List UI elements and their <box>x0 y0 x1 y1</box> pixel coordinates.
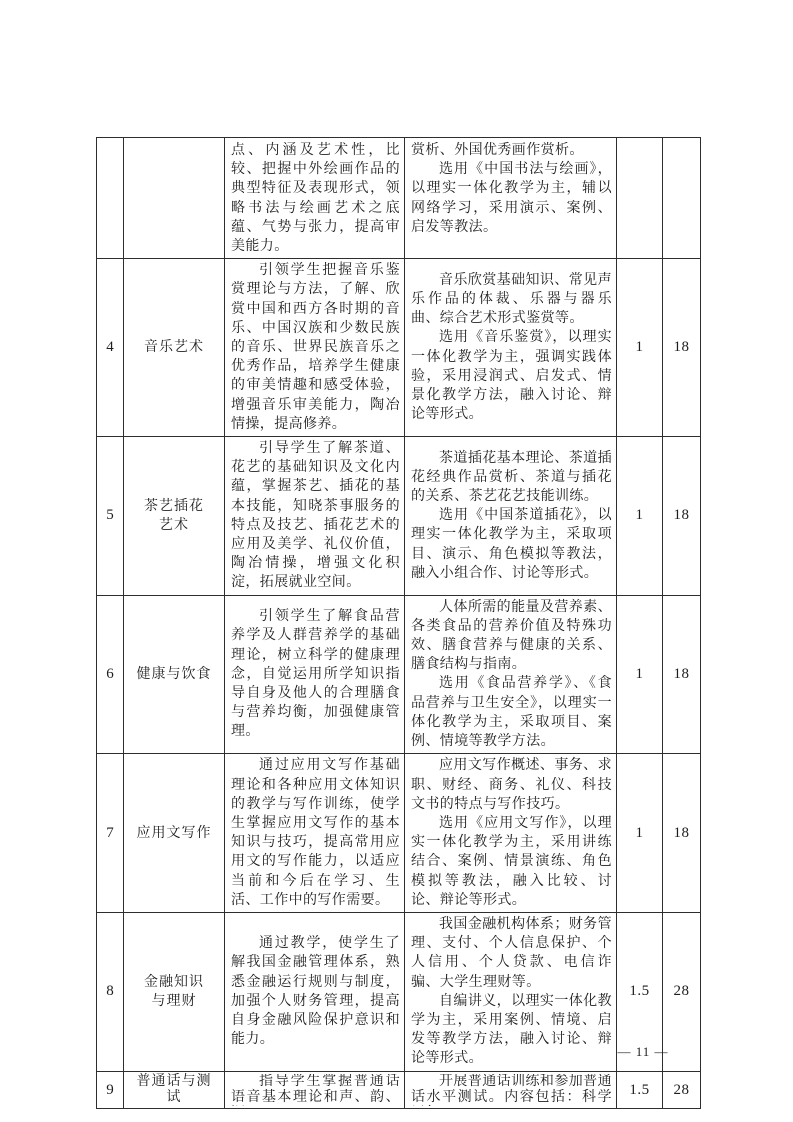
content-paragraph: 选用《中国茶道插花》，以理实一体化教学为主，采取项目、演示、角色模拟等教法，融入… <box>411 506 612 583</box>
course-objective: 指导学生掌握普通话语音基本理论和声、韵、调、 <box>225 1071 405 1108</box>
course-name <box>124 138 225 259</box>
course-number: 6 <box>97 595 124 754</box>
objective-text: 通过应用文写作基础理论和各种应用文体知识的教学与写作训练，使学生掌握应用文写作的… <box>231 756 400 910</box>
hours-value: 28 <box>663 1071 701 1108</box>
credit-value: 1 <box>617 437 663 596</box>
content-paragraph: 自编讲义，以理实一体化教学为主，采用案例、情境、启发等教学方法，融入讨论、辩论等… <box>411 992 612 1069</box>
content-paragraph: 开展普通话训练和参加普通话水平测试。内容包括：科学用气 <box>411 1074 612 1106</box>
objective-text: 点、内涵及艺术性，比较、把握中外绘画作品的典型特征及表现形式，领略书法与绘画艺术… <box>231 141 400 256</box>
content-paragraph: 应用文写作概述、事务、求职、财经、商务、礼仪、科技文书的特点与写作技巧。 <box>411 756 612 814</box>
objective-text: 通过教学，使学生了解我国金融管理体系，熟悉金融运行规则与制度，加强个人财务管理，… <box>231 934 400 1049</box>
course-number: 4 <box>97 259 124 437</box>
hours-value: 18 <box>663 259 701 437</box>
course-content: 我国金融机构体系；财务管理、支付、个人信息保护、个人信用、个人贷款、电信诈骗、大… <box>405 912 617 1071</box>
course-objective: 通过教学，使学生了解我国金融管理体系，熟悉金融运行规则与制度，加强个人财务管理，… <box>225 912 405 1071</box>
course-name: 健康与饮食 <box>124 595 225 754</box>
course-number: 8 <box>97 912 124 1071</box>
course-name: 金融知识 与理财 <box>124 912 225 1071</box>
course-content: 音乐欣赏基础知识、常见声乐作品的体裁、乐器与器乐曲、综合艺术形式鉴赏等。 选用《… <box>405 259 617 437</box>
objective-text: 引领学生了解食品营养学及人群营养学的基础理论，树立科学的健康理念，自觉运用所学知… <box>231 607 400 741</box>
content-paragraph: 我国金融机构体系；财务管理、支付、个人信息保护、个人信用、个人贷款、电信诈骗、大… <box>411 915 612 992</box>
course-name: 应用文写作 <box>124 754 225 913</box>
credit-value: 1.5 <box>617 1071 663 1108</box>
hours-value: 18 <box>663 595 701 754</box>
content-paragraph: 音乐欣赏基础知识、常见声乐作品的体裁、乐器与器乐曲、综合艺术形式鉴赏等。 <box>411 271 612 329</box>
credit-value: 1 <box>617 595 663 754</box>
table-row: 6 健康与饮食 引领学生了解食品营养学及人群营养学的基础理论，树立科学的健康理念… <box>97 595 701 754</box>
credit-value: 1 <box>617 754 663 913</box>
page-number: — 11 — <box>595 1044 691 1060</box>
hours-value: 18 <box>663 754 701 913</box>
table-row: 9 普通话与测 试 指导学生掌握普通话语音基本理论和声、韵、调、 开展普通话训练… <box>97 1071 701 1108</box>
table-row: 7 应用文写作 通过应用文写作基础理论和各种应用文体知识的教学与写作训练，使学生… <box>97 754 701 913</box>
hours-value: 18 <box>663 437 701 596</box>
course-name: 音乐艺术 <box>124 259 225 437</box>
course-content: 应用文写作概述、事务、求职、财经、商务、礼仪、科技文书的特点与写作技巧。 选用《… <box>405 754 617 913</box>
course-name: 茶艺插花 艺术 <box>124 437 225 596</box>
course-objective: 通过应用文写作基础理论和各种应用文体知识的教学与写作训练，使学生掌握应用文写作的… <box>225 754 405 913</box>
course-content: 茶道插花基本理论、茶道插花经典作品赏析、茶道与插花的关系、茶艺花艺技能训练。 选… <box>405 437 617 596</box>
table-row-continuation: 点、内涵及艺术性，比较、把握中外绘画作品的典型特征及表现形式，领略书法与绘画艺术… <box>97 138 701 259</box>
course-content: 开展普通话训练和参加普通话水平测试。内容包括：科学用气 <box>405 1071 617 1108</box>
document-page: 点、内涵及艺术性，比较、把握中外绘画作品的典型特征及表现形式，领略书法与绘画艺术… <box>0 0 793 1122</box>
course-number: 9 <box>97 1071 124 1108</box>
course-content: 赏析、外国优秀画作赏析。 选用《中国书法与绘画》，以理实一体化教学为主，辅以网络… <box>405 138 617 259</box>
course-objective: 引领学生把握音乐鉴赏理论与方法，了解、欣赏中国和西方各时期的音乐、中国汉族和少数… <box>225 259 405 437</box>
course-objective: 点、内涵及艺术性，比较、把握中外绘画作品的典型特征及表现形式，领略书法与绘画艺术… <box>225 138 405 259</box>
table-row: 4 音乐艺术 引领学生把握音乐鉴赏理论与方法，了解、欣赏中国和西方各时期的音乐、… <box>97 259 701 437</box>
course-table: 点、内涵及艺术性，比较、把握中外绘画作品的典型特征及表现形式，领略书法与绘画艺术… <box>96 137 701 1109</box>
credit-value <box>617 138 663 259</box>
credit-value: 1 <box>617 259 663 437</box>
objective-text: 引领学生把握音乐鉴赏理论与方法，了解、欣赏中国和西方各时期的音乐、中国汉族和少数… <box>231 261 400 434</box>
content-paragraph: 赏析、外国优秀画作赏析。 <box>411 141 612 160</box>
table-row: 5 茶艺插花 艺术 引导学生了解茶道、花艺的基础知识及文化内蕴，掌握茶艺、插花的… <box>97 437 701 596</box>
course-objective: 引领学生了解食品营养学及人群营养学的基础理论，树立科学的健康理念，自觉运用所学知… <box>225 595 405 754</box>
course-number <box>97 138 124 259</box>
content-paragraph: 选用《中国书法与绘画》，以理实一体化教学为主，辅以网络学习，采用演示、案例、启发… <box>411 160 612 237</box>
course-number: 7 <box>97 754 124 913</box>
course-number: 5 <box>97 437 124 596</box>
content-paragraph: 茶道插花基本理论、茶道插花经典作品赏析、茶道与插花的关系、茶艺花艺技能训练。 <box>411 449 612 507</box>
objective-text: 引导学生了解茶道、花艺的基础知识及文化内蕴，掌握茶艺、插花的基本技能，知晓茶事服… <box>231 439 400 593</box>
content-paragraph: 选用《应用文写作》，以理实一体化教学为主，采用讲练结合、案例、情景演练、角色模拟… <box>411 814 612 910</box>
content-paragraph: 人体所需的能量及营养素、各类食品的营养价值及特殊功效、膳食营养与健康的关系、膳食… <box>411 598 612 675</box>
content-paragraph: 选用《音乐鉴赏》，以理实一体化教学为主，强调实践体验，采用浸润式、启发式、情景化… <box>411 328 612 424</box>
course-objective: 引导学生了解茶道、花艺的基础知识及文化内蕴，掌握茶艺、插花的基本技能，知晓茶事服… <box>225 437 405 596</box>
content-paragraph: 选用《食品营养学》、《食品营养与卫生安全》，以理实一体化教学为主，采取项目、案例… <box>411 674 612 751</box>
course-content: 人体所需的能量及营养素、各类食品的营养价值及特殊功效、膳食营养与健康的关系、膳食… <box>405 595 617 754</box>
hours-value <box>663 138 701 259</box>
course-name: 普通话与测 试 <box>124 1071 225 1108</box>
objective-text: 指导学生掌握普通话语音基本理论和声、韵、调、 <box>231 1074 400 1106</box>
